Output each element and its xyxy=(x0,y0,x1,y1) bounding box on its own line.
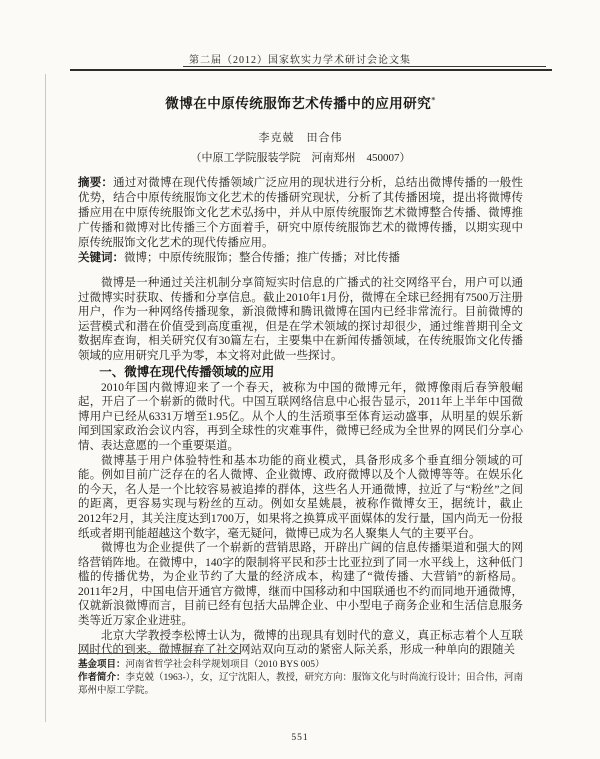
abstract-label: 摘要： xyxy=(78,177,113,189)
bio-text: 李克兢（1963-），女，辽宁沈阳人，教授，研究方向：服饰文化与时尚流行设计；田… xyxy=(78,673,523,696)
section-heading-1: 一、微博在现代传播领域的应用 xyxy=(78,365,523,380)
abstract-block: 摘要：通过对微博在现代传播领域广泛应用的现状进行分析，总结出微博传播的一般性优势… xyxy=(78,176,523,251)
left-margin-scan-line xyxy=(45,74,46,722)
fund-text: 河南省哲学社会科学规划项目（2010 BYS 005） xyxy=(126,660,325,670)
paragraph-weibo-era: 2010年国内微博迎来了一个春天，被称为中国的微博元年，微博像雨后春笋般崛起，开… xyxy=(78,381,523,454)
keywords-block: 关键词：微博；中原传统服饰；整合传播；推广传播；对比传播 xyxy=(78,251,523,266)
paper-title-text: 微博在中原传统服饰艺术传播中的应用研究 xyxy=(165,96,431,111)
paragraph-enterprise-weibo: 微博也为企业提供了一个崭新的营销思路，开辟出广阔的信息传播渠道和强大的网络营销阵… xyxy=(78,541,523,629)
paper-page: 第二届（2012）国家软实力学术研讨会论文集 微博在中原传统服饰艺术传播中的应用… xyxy=(0,0,600,759)
abstract-text: 通过对微博在现代传播领域广泛应用的现状进行分析，总结出微博传播的一般性优势，结合… xyxy=(78,177,523,249)
footnote-block: 基金项目：河南省哲学社会科学规划项目（2010 BYS 005） 作者简介：李克… xyxy=(78,653,523,698)
affiliation-line: （中原工学院服装学院 河南郑州 450007） xyxy=(78,149,523,165)
authors-line: 李克兢 田合伟 xyxy=(78,129,523,145)
bio-label: 作者简介： xyxy=(78,673,126,683)
header-divider-rule xyxy=(70,69,552,71)
body-text: 微博是一种通过关注机制分享简短实时信息的广播式的社交网络平台，用户可以通过微博实… xyxy=(78,276,523,658)
keywords-label: 关键词： xyxy=(78,252,124,264)
footnote-divider xyxy=(78,653,240,654)
bio-footnote: 作者简介：李克兢（1963-），女，辽宁沈阳人，教授，研究方向：服饰文化与时尚流… xyxy=(78,672,523,698)
fund-footnote: 基金项目：河南省哲学社会科学规划项目（2010 BYS 005） xyxy=(78,659,523,672)
header-underline xyxy=(183,66,546,67)
keywords-text: 微博；中原传统服饰；整合传播；推广传播；对比传播 xyxy=(124,252,400,264)
fund-label: 基金项目： xyxy=(78,660,126,670)
paper-content: 微博在中原传统服饰艺术传播中的应用研究* 李克兢 田合伟 （中原工学院服装学院 … xyxy=(78,84,523,658)
page-number: 551 xyxy=(0,733,600,743)
paragraph-celebrity-weibo: 微博基于用户体验特性和基本功能的商业模式，具备形成多个垂直细分领域的可能。例如目… xyxy=(78,454,523,542)
paragraph-intro: 微博是一种通过关注机制分享简短实时信息的广播式的社交网络平台，用户可以通过微博实… xyxy=(78,276,523,364)
running-header: 第二届（2012）国家软实力学术研讨会论文集 xyxy=(0,51,600,66)
paper-title: 微博在中原传统服饰艺术传播中的应用研究* xyxy=(78,92,523,112)
title-footnote-mark: * xyxy=(431,96,436,105)
